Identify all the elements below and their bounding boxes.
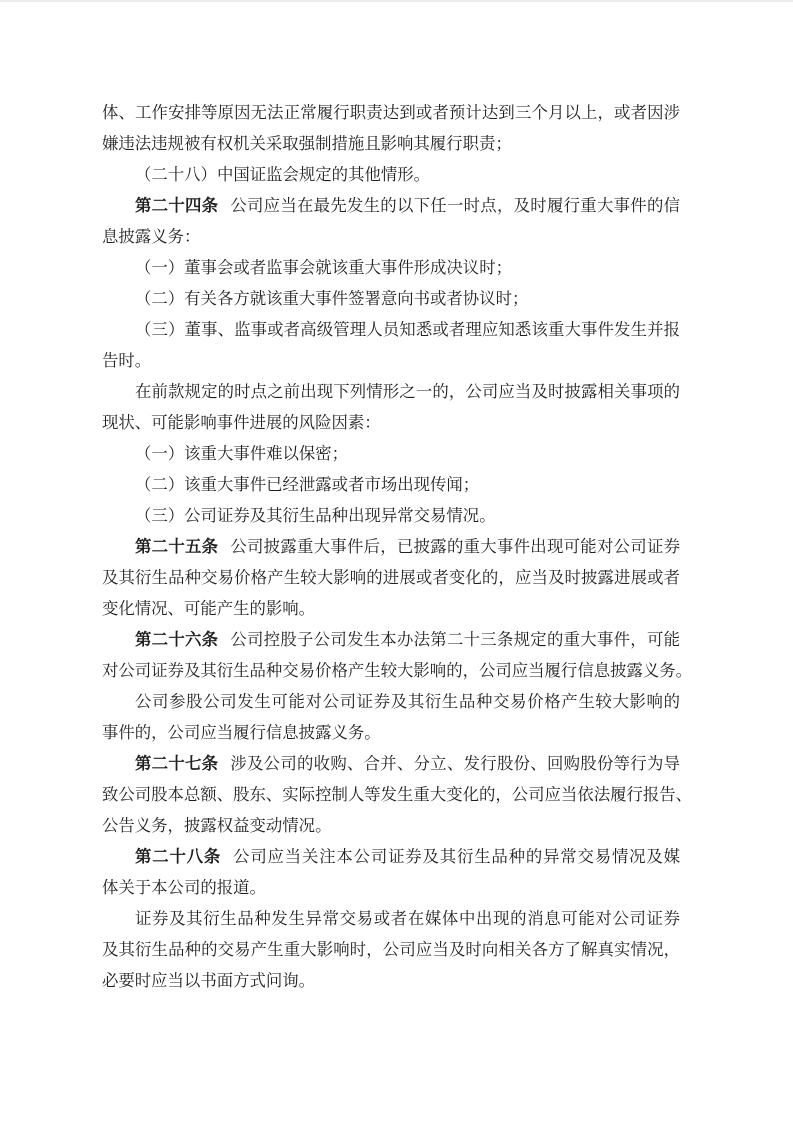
article-number: 第二十七条	[135, 754, 218, 773]
paragraph: （三）董事、监事或者高级管理人员知悉或者理应知悉该重大事件发生并报 告时。	[102, 314, 680, 376]
text-line: 第二十七条涉及公司的收购、合并、分立、发行股份、回购股份等行为导	[102, 748, 680, 779]
text-line: 体、工作安排等原因无法正常履行职责达到或者预计达到三个月以上，或者因涉	[102, 97, 680, 128]
text-line: 现状、可能影响事件进展的风险因素：	[102, 407, 680, 438]
text-line: 及其衍生品种的交易产生重大影响时，公司应当及时向相关各方了解真实情况，	[102, 934, 680, 965]
paragraph-article-25: 第二十五条公司披露重大事件后，已披露的重大事件出现可能对公司证券 及其衍生品种交…	[102, 531, 680, 624]
article-number: 第二十六条	[135, 630, 218, 649]
paragraph-article-27: 第二十七条涉及公司的收购、合并、分立、发行股份、回购股份等行为导 致公司股本总额…	[102, 748, 680, 841]
text-line: 对公司证券及其衍生品种交易价格产生较大影响的，公司应当履行信息披露义务。	[102, 655, 680, 686]
text-line: 第二十六条公司控股子公司发生本办法第二十三条规定的重大事件，可能	[102, 624, 680, 655]
text-line: 息披露义务：	[102, 221, 680, 252]
paragraph-article-28: 第二十八条公司应当关注本公司证券及其衍生品种的异常交易情况及媒 体关于本公司的报…	[102, 841, 680, 903]
text-line: （一）董事会或者监事会就该重大事件形成决议时；	[102, 252, 680, 283]
paragraph: （二）有关各方就该重大事件签署意向书或者协议时；	[102, 283, 680, 314]
text-line: 证券及其衍生品种发生异常交易或者在媒体中出现的消息可能对公司证券	[102, 903, 680, 934]
text-line: （三）公司证券及其衍生品种出现异常交易情况。	[102, 500, 680, 531]
paragraph: （二十八）中国证监会规定的其他情形。	[102, 159, 680, 190]
text-line: 变化情况、可能产生的影响。	[102, 593, 680, 624]
text-line: 体关于本公司的报道。	[102, 872, 680, 903]
text-run: 公司应当关注本公司证券及其衍生品种的异常交易情况及媒	[233, 847, 680, 866]
text-line: 告时。	[102, 345, 680, 376]
paragraph: （一）董事会或者监事会就该重大事件形成决议时；	[102, 252, 680, 283]
article-number: 第二十八条	[135, 847, 221, 866]
paragraph-article-26: 第二十六条公司控股子公司发生本办法第二十三条规定的重大事件，可能 对公司证券及其…	[102, 624, 680, 686]
text-line: （三）董事、监事或者高级管理人员知悉或者理应知悉该重大事件发生并报	[102, 314, 680, 345]
article-number: 第二十五条	[135, 537, 218, 556]
text-line: 第二十四条公司应当在最先发生的以下任一时点，及时履行重大事件的信	[102, 190, 680, 221]
text-line: （二）该重大事件已经泄露或者市场出现传闻；	[102, 469, 680, 500]
paragraph: 体、工作安排等原因无法正常履行职责达到或者预计达到三个月以上，或者因涉 嫌违法违…	[102, 97, 680, 159]
text-line: 公告义务，披露权益变动情况。	[102, 810, 680, 841]
text-run: 公司披露重大事件后，已披露的重大事件出现可能对公司证券	[230, 537, 680, 556]
text-line: 第二十五条公司披露重大事件后，已披露的重大事件出现可能对公司证券	[102, 531, 680, 562]
paragraph: （二）该重大事件已经泄露或者市场出现传闻；	[102, 469, 680, 500]
paragraph: （一）该重大事件难以保密；	[102, 438, 680, 469]
text-line: 及其衍生品种交易价格产生较大影响的进展或者变化的，应当及时披露进展或者	[102, 562, 680, 593]
text-line: 必要时应当以书面方式问询。	[102, 965, 680, 996]
document-body-text: 体、工作安排等原因无法正常履行职责达到或者预计达到三个月以上，或者因涉 嫌违法违…	[102, 97, 680, 996]
text-line: 致公司股本总额、股东、实际控制人等发生重大变化的，公司应当依法履行报告、	[102, 779, 680, 810]
text-run: 涉及公司的收购、合并、分立、发行股份、回购股份等行为导	[230, 754, 680, 773]
text-line: 第二十八条公司应当关注本公司证券及其衍生品种的异常交易情况及媒	[102, 841, 680, 872]
paragraph-article-24: 第二十四条公司应当在最先发生的以下任一时点，及时履行重大事件的信 息披露义务：	[102, 190, 680, 252]
text-line: 公司参股公司发生可能对公司证券及其衍生品种交易价格产生较大影响的	[102, 686, 680, 717]
text-run: 公司控股子公司发生本办法第二十三条规定的重大事件，可能	[230, 630, 680, 649]
text-line: 事件的，公司应当履行信息披露义务。	[102, 717, 680, 748]
paragraph: 证券及其衍生品种发生异常交易或者在媒体中出现的消息可能对公司证券 及其衍生品种的…	[102, 903, 680, 996]
text-line: （二十八）中国证监会规定的其他情形。	[102, 159, 680, 190]
text-line: 在前款规定的时点之前出现下列情形之一的，公司应当及时披露相关事项的	[102, 376, 680, 407]
document-page: 体、工作安排等原因无法正常履行职责达到或者预计达到三个月以上，或者因涉 嫌违法违…	[0, 0, 793, 1122]
text-run: 公司应当在最先发生的以下任一时点，及时履行重大事件的信	[230, 196, 680, 215]
text-line: （一）该重大事件难以保密；	[102, 438, 680, 469]
paragraph: 公司参股公司发生可能对公司证券及其衍生品种交易价格产生较大影响的 事件的，公司应…	[102, 686, 680, 748]
article-number: 第二十四条	[135, 196, 218, 215]
paragraph: 在前款规定的时点之前出现下列情形之一的，公司应当及时披露相关事项的 现状、可能影…	[102, 376, 680, 438]
text-line: （二）有关各方就该重大事件签署意向书或者协议时；	[102, 283, 680, 314]
text-line: 嫌违法违规被有权机关采取强制措施且影响其履行职责；	[102, 128, 680, 159]
paragraph: （三）公司证券及其衍生品种出现异常交易情况。	[102, 500, 680, 531]
